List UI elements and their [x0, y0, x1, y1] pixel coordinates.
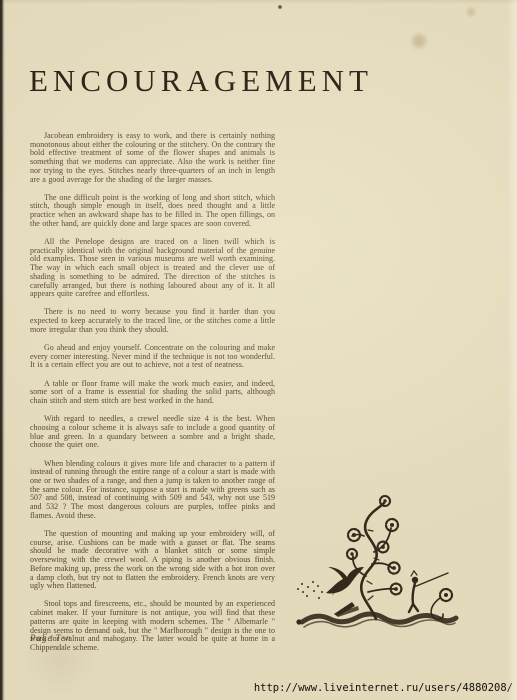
- jacobean-illustration: [288, 492, 470, 642]
- book-page: ENCOURAGEMENT Jacobean embroidery is eas…: [0, 0, 517, 700]
- paragraph: Go ahead and enjoy yourself. Concentrate…: [30, 344, 275, 370]
- paragraph: There is no need to worry because you fi…: [30, 308, 275, 334]
- paragraph: A table or floor frame will make the wor…: [30, 380, 275, 406]
- paragraph: All the Penelope designs are traced on a…: [30, 238, 275, 299]
- paragraph: The one difficult point is the working o…: [30, 194, 275, 229]
- page-title: ENCOURAGEMENT: [29, 63, 373, 99]
- bird-motif: [326, 567, 364, 596]
- body-text: Jacobean embroidery is easy to work, and…: [30, 132, 275, 662]
- paragraph: When blending colours it gives more life…: [30, 460, 275, 521]
- paragraph: With regard to needles, a crewel needle …: [30, 415, 275, 450]
- paragraph: Stool tops and firescreens, etc., should…: [30, 600, 275, 652]
- watermark-url: http://www.liveinternet.ru/users/4880208…: [254, 682, 513, 694]
- paragraph: Jacobean embroidery is easy to work, and…: [30, 132, 275, 184]
- page-number: Page Ten: [30, 633, 71, 643]
- paragraph: The question of mounting and making up y…: [30, 530, 275, 591]
